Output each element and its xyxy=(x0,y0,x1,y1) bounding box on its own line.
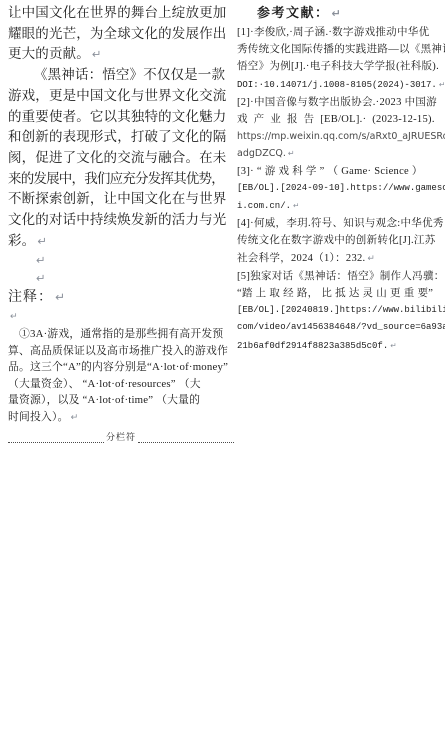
text-line: 和创新的表现形式，打破了文化的隔 xyxy=(8,127,234,148)
text-line: 让中国文化在世界的舞台上绽放更加 xyxy=(8,3,234,24)
left-column-text: 让中国文化在世界的舞台上绽放更加耀眼的光芒，为全球文化的发展作出更大的贡献。↵《… xyxy=(8,3,234,427)
line-text: 量资源），以及 “A·lot·of·time” （大量的 xyxy=(8,394,200,406)
paragraph-mark-icon: ↵ xyxy=(288,149,295,158)
column-break-label: 分栏符 xyxy=(104,431,138,443)
text-line: 彩。↵ xyxy=(8,231,234,252)
line-text: 时间投入）。 xyxy=(8,411,69,423)
reference-line: 21b6af0df2914f8823a385d5c0f.↵ xyxy=(237,337,445,355)
text-line: 不断探索创新，让中国文化在与世界 xyxy=(8,189,234,210)
line-text: “踏 上 取 经 路， 比 抵 达 灵 山 更 重 要” xyxy=(237,288,433,299)
line-text: 算、高品质保证以及高市场推广投入的游戏作 xyxy=(8,345,228,357)
text-line: 文化的对话中持续焕发新的活力与光 xyxy=(8,210,234,231)
line-text: 的重要使者。它以其独特的文化魅力 xyxy=(8,109,226,124)
paragraph-mark-icon: ↵ xyxy=(36,253,46,267)
line-text: [5]独家对话《黑神话：悟空》制作人冯骥： xyxy=(237,271,445,282)
line-text: [4]·何威，李玥.符号、知识与观念:中华优秀 xyxy=(237,218,444,229)
paragraph-mark-icon: ↵ xyxy=(332,7,343,20)
reference-line: [3]· “ 游 戏 科 学 ” （ Game· Science ） xyxy=(237,163,445,180)
line-text: https://mp.weixin.qq.com/s/aRxt0_aJRUESR… xyxy=(237,131,445,142)
references-column: 参考文献：↵[1]·李俊欣,·周子涵.·数字游戏推动中华优秀传统文化国际传播的实… xyxy=(237,3,445,355)
line-text: （大量资金）、 “A·lot·of·resources” （大 xyxy=(8,378,201,390)
line-text: 品。这三个“A”的内容分别是“A·lot·of·money” xyxy=(8,361,228,373)
reference-line: https://mp.weixin.qq.com/s/aRxt0_aJRUESR… xyxy=(237,128,445,145)
text-line: 游戏，更是中国文化与世界文化交流 xyxy=(8,86,234,107)
paragraph-mark-icon: ↵ xyxy=(36,271,46,285)
reference-line: [5]独家对话《黑神话：悟空》制作人冯骥： xyxy=(237,268,445,285)
reference-line: [2]·中国音像与数字出版协会.·2023 中国游 xyxy=(237,94,445,111)
document-page: { "document": { "marks": { "pilcrow": "↵… xyxy=(0,0,445,739)
line-text: 参考文献： xyxy=(257,5,330,20)
line-text: 悟空》为例[J].·电子科技大学学报(社科版). xyxy=(237,61,439,72)
line-text: 文化的对话中持续焕发新的活力与光 xyxy=(8,212,226,227)
reference-line: 社会科学，2024（1）：232.↵ xyxy=(237,250,445,268)
reference-line: 戏 产 业 报 告 [EB/OL].· (2023-12-15). xyxy=(237,111,445,128)
text-line: 《黑神话：悟空》不仅仅是一款 xyxy=(8,65,234,86)
text-line: 量资源），以及 “A·lot·of·time” （大量的 xyxy=(8,392,234,409)
text-line: 品。这三个“A”的内容分别是“A·lot·of·money” xyxy=(8,359,234,376)
reference-line: adgDZCQ.↵ xyxy=(237,145,445,162)
line-text: 21b6af0df2914f8823a385d5c0f. xyxy=(237,341,388,351)
line-text: 秀传统文化国际传播的实践进路—以《黑神话： xyxy=(237,44,445,55)
line-text: [EB/OL].[20240819.]https://www.bilibili. xyxy=(237,305,445,315)
paragraph-mark-icon: ↵ xyxy=(92,47,102,61)
line-text: [1]·李俊欣,·周子涵.·数字游戏推动中华优 xyxy=(237,27,429,38)
reference-line: [EB/OL].[20240819.]https://www.bilibili. xyxy=(237,302,445,319)
left-column: 让中国文化在世界的舞台上绽放更加耀眼的光芒，为全球文化的发展作出更大的贡献。↵《… xyxy=(8,3,234,443)
text-line: ↵ xyxy=(8,269,234,287)
line-text: 更大的贡献。 xyxy=(8,46,90,61)
paragraph-mark-icon: ↵ xyxy=(10,311,18,322)
references-text: 参考文献：↵[1]·李俊欣,·周子涵.·数字游戏推动中华优秀传统文化国际传播的实… xyxy=(237,3,445,355)
reference-line: [4]·何威，李玥.符号、知识与观念:中华优秀 xyxy=(237,215,445,232)
line-text: DOI:·10.14071/j.1008-8105(2024)-3017. xyxy=(237,80,437,90)
line-text: 戏 产 业 报 告 [EB/OL].· (2023-12-15). xyxy=(237,114,435,125)
text-line: ①3A·游戏，通常指的是那些拥有高开发预 xyxy=(8,326,234,343)
text-line: 耀眼的光芒，为全球文化的发展作出 xyxy=(8,24,234,45)
line-text: adgDZCQ. xyxy=(237,148,286,159)
reference-line: “踏 上 取 经 路， 比 抵 达 灵 山 更 重 要” xyxy=(237,285,445,302)
reference-line: [EB/OL].[2024-09-10].https://www.gamesci xyxy=(237,180,445,197)
reference-line: DOI:·10.14071/j.1008-8105(2024)-3017.↵ xyxy=(237,76,445,94)
reference-line: i.com.cn/.↵ xyxy=(237,197,445,215)
line-text: 让中国文化在世界的舞台上绽放更加 xyxy=(8,5,226,20)
line-text: 社会科学，2024（1）：232. xyxy=(237,253,365,264)
reference-line: 传统文化在数字游戏中的创新转化[J].江苏 xyxy=(237,232,445,249)
line-text: 和创新的表现形式，打破了文化的隔 xyxy=(8,129,226,144)
paragraph-mark-icon: ↵ xyxy=(55,290,66,304)
line-text: 游戏，更是中国文化与世界文化交流 xyxy=(8,88,226,103)
paragraph-mark-icon: ↵ xyxy=(71,412,79,423)
text-line: ↵ xyxy=(8,251,234,269)
line-text: 彩。 xyxy=(8,233,35,248)
line-text: 《黑神话：悟空》不仅仅是一款 xyxy=(34,67,225,82)
text-line: （大量资金）、 “A·lot·of·resources” （大 xyxy=(8,376,234,393)
line-text: i.com.cn/. xyxy=(237,201,291,211)
line-text: com/video/av1456384648/?vd_source=6a93a xyxy=(237,322,445,332)
dotted-leader xyxy=(138,434,234,443)
reference-line: 秀传统文化国际传播的实践进路—以《黑神话： xyxy=(237,41,445,58)
line-text: 耀眼的光芒，为全球文化的发展作出 xyxy=(8,26,226,41)
line-text: 阂，促进了文化的交流与融合。在未 xyxy=(8,150,226,165)
text-line: 来的发展中，我们应充分发挥其优势， xyxy=(8,169,234,190)
column-break-marker: 分栏符 xyxy=(8,431,234,443)
dotted-leader xyxy=(8,434,104,443)
line-text: ①3A·游戏，通常指的是那些拥有高开发预 xyxy=(8,328,223,340)
paragraph-mark-icon: ↵ xyxy=(37,234,47,248)
line-text: [3]· “ 游 戏 科 学 ” （ Game· Science ） xyxy=(237,166,423,177)
text-line: 更大的贡献。↵ xyxy=(8,44,234,65)
paragraph-mark-icon: ↵ xyxy=(439,80,445,89)
line-text: 传统文化在数字游戏中的创新转化[J].江苏 xyxy=(237,235,436,246)
line-text: 注释： xyxy=(8,290,53,305)
line-text: 不断探索创新，让中国文化在与世界 xyxy=(8,191,226,206)
line-text: [EB/OL].[2024-09-10].https://www.gamesci xyxy=(237,183,445,193)
reference-line: 参考文献：↵ xyxy=(237,3,445,24)
reference-line: com/video/av1456384648/?vd_source=6a93a xyxy=(237,319,445,336)
text-line: 阂，促进了文化的交流与融合。在未 xyxy=(8,148,234,169)
reference-line: [1]·李俊欣,·周子涵.·数字游戏推动中华优 xyxy=(237,24,445,41)
line-text: 来的发展中，我们应充分发挥其优势， xyxy=(8,171,224,186)
text-line: 时间投入）。↵ xyxy=(8,409,234,427)
text-line: 的重要使者。它以其独特的文化魅力 xyxy=(8,107,234,128)
reference-line: 悟空》为例[J].·电子科技大学学报(社科版). xyxy=(237,58,445,75)
line-text: [2]·中国音像与数字出版协会.·2023 中国游 xyxy=(237,97,437,108)
paragraph-mark-icon: ↵ xyxy=(293,201,299,210)
text-line: 注释：↵ xyxy=(8,287,234,308)
paragraph-mark-icon: ↵ xyxy=(367,254,375,264)
text-line: 算、高品质保证以及高市场推广投入的游戏作 xyxy=(8,343,234,360)
text-line: ↵ xyxy=(8,308,234,326)
paragraph-mark-icon: ↵ xyxy=(390,341,396,350)
